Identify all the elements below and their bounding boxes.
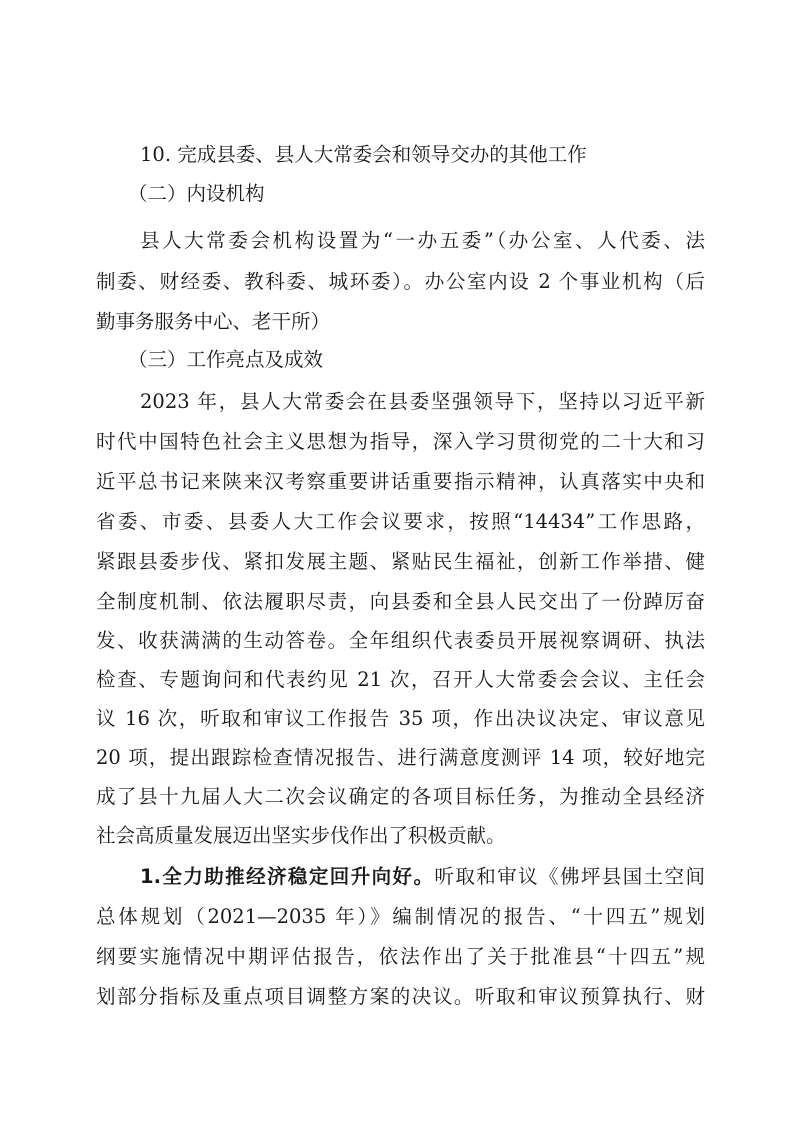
section-2-para-line: 县人大常委会机构设置为“一办五委”（办公室、人代委、法 <box>140 226 705 256</box>
section-2-para-line: 制委、财经委、教科委、城环委）。办公室内设 2 个事业机构（后 <box>96 267 705 297</box>
point-1-line: 总体规划（2021—2035 年）》编制情况的报告、“十四五”规划 <box>96 902 705 932</box>
section-3-para-line: 检查、专题询问和代表约见 21 次，召开人大常委会会议、主任会 <box>96 665 705 695</box>
section-3-para-line: 紧跟县委步伐、紧扣发展主题、紧贴民生福祉，创新工作举措、健 <box>96 547 705 577</box>
section-2-para-line: 勤事务服务中心、老干所） <box>96 307 705 337</box>
item-10-line: 10. 完成县委、县人大常委会和领导交办的其他工作 <box>140 140 705 170</box>
section-3-heading: （三）工作亮点及成效 <box>128 345 693 375</box>
section-3-para-line: 全制度机制、依法履职尽责，向县委和全县人民交出了一份踔厉奋 <box>96 587 705 617</box>
point-1-line: 划部分指标及重点项目调整方案的决议。听取和审议预算执行、财 <box>96 982 705 1012</box>
point-1-lead: 1.全力助推经济稳定回升向好。 <box>140 865 434 888</box>
section-3-para-line: 成了县十九届人大二次会议确定的各项目标任务，为推动全县经济 <box>96 782 705 812</box>
section-3-para-line: 省委、市委、县委人大工作会议要求，按照“14434”工作思路， <box>96 507 705 537</box>
section-2-heading: （二）内设机构 <box>128 179 693 209</box>
section-3-para-line: 议 16 次，听取和审议工作报告 35 项，作出决议决定、审议意见 <box>96 704 705 734</box>
document-page: 10. 完成县委、县人大常委会和领导交办的其他工作 （二）内设机构 县人大常委会… <box>0 0 793 1122</box>
section-3-para-line: 发、收获满满的生动答卷。全年组织代表委员开展视察调研、执法 <box>96 626 705 656</box>
point-1-first-line: 1.全力助推经济稳定回升向好。听取和审议《佛坪县国土空间 <box>140 862 705 892</box>
point-1-lead-rest: 听取和审议《佛坪县国土空间 <box>434 865 705 888</box>
section-3-para-line: 时代中国特色社会主义思想为指导，深入学习贯彻党的二十大和习 <box>96 427 705 457</box>
section-3-para-line: 社会高质量发展迈出坚实步伐作出了积极贡献。 <box>96 821 705 851</box>
section-3-para-line: 近平总书记来陕来汉考察重要讲话重要指示精神，认真落实中央和 <box>96 467 705 497</box>
section-3-para-line: 20 项，提出跟踪检查情况报告、进行满意度测评 14 项，较好地完 <box>96 743 705 773</box>
point-1-line: 纲要实施情况中期评估报告，依法作出了关于批准县“十四五”规 <box>96 942 705 972</box>
section-3-para-line: 2023 年，县人大常委会在县委坚强领导下，坚持以习近平新 <box>140 387 705 417</box>
